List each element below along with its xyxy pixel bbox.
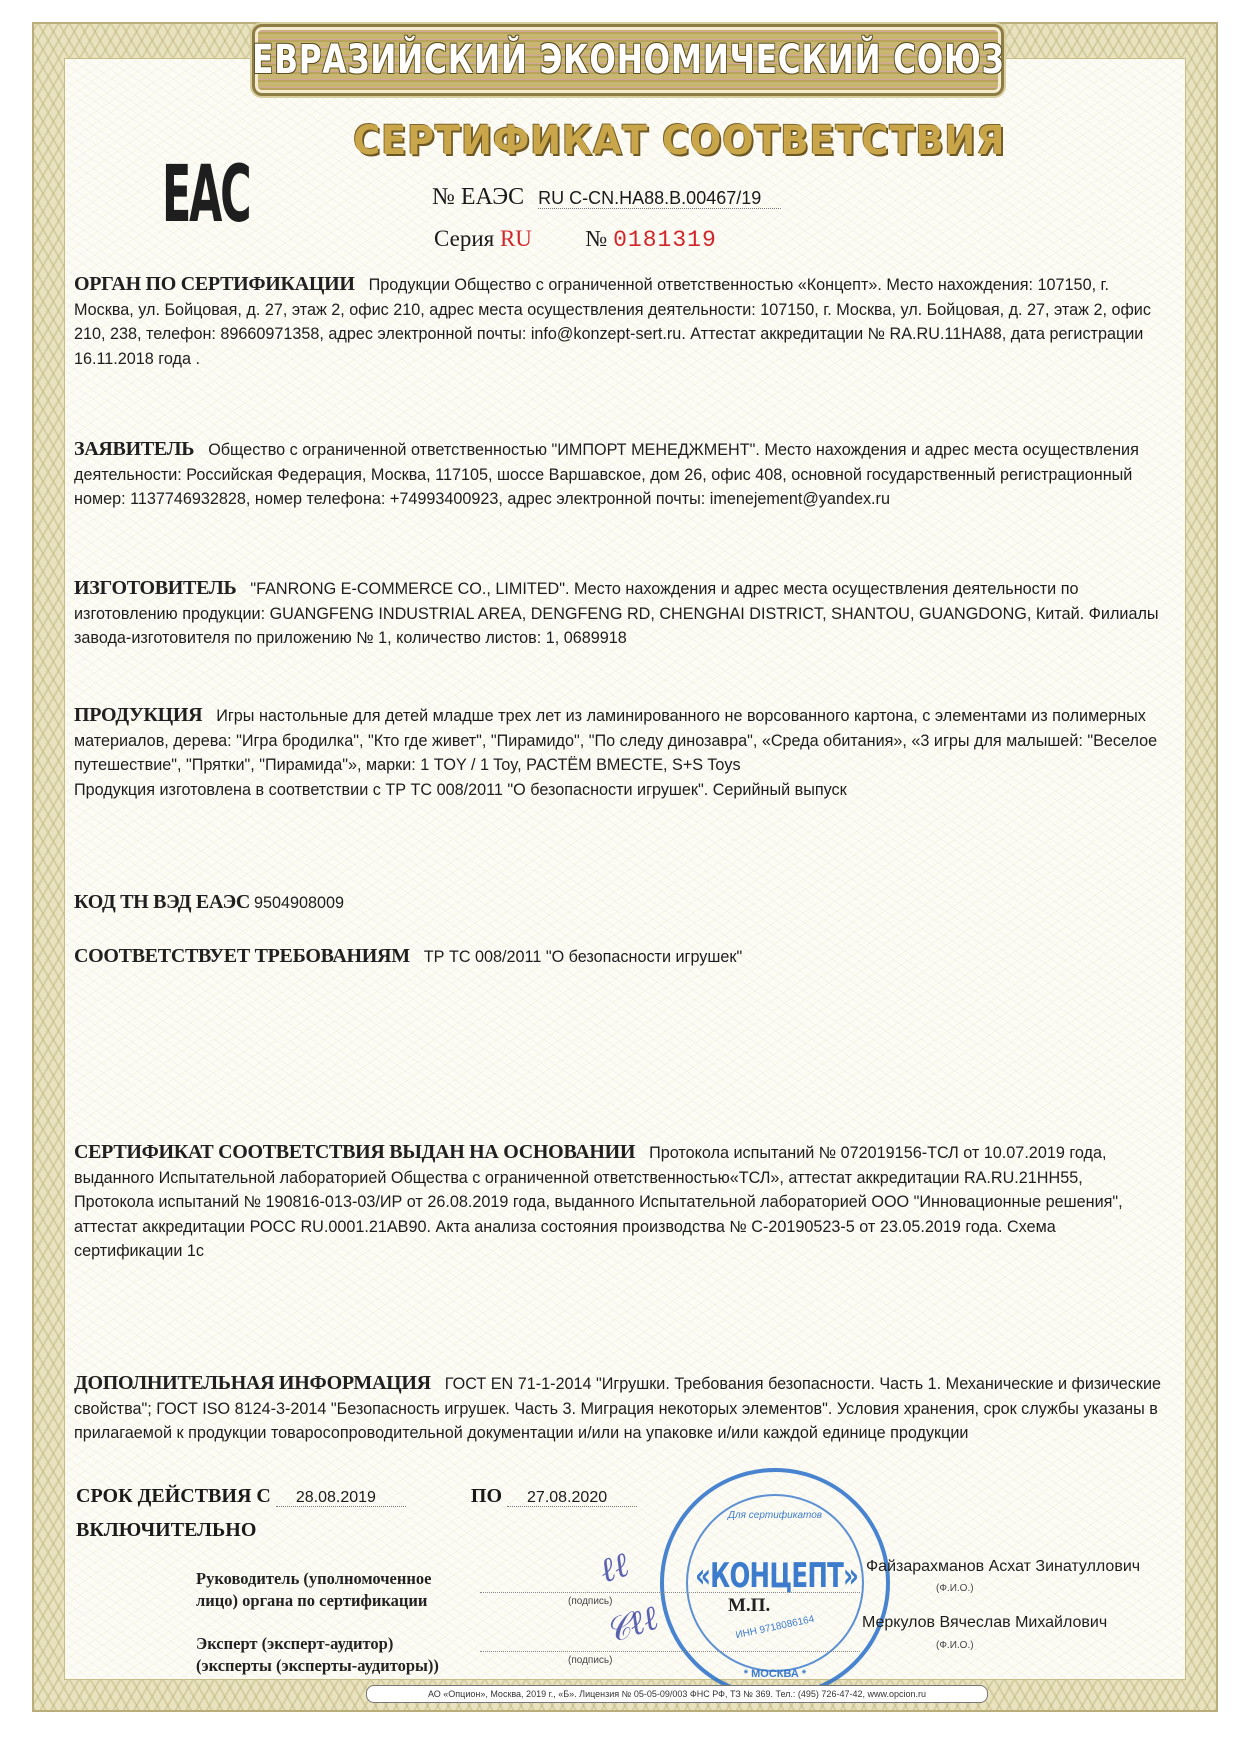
validity-from-label: СРОК ДЕЙСТВИЯ С bbox=[76, 1485, 271, 1507]
expert-signature-line bbox=[480, 1651, 860, 1652]
head-signatory-name: Файзарахманов Асхат Зинатуллович bbox=[866, 1558, 1140, 1576]
expert-fio-caption: (Ф.И.О.) bbox=[936, 1640, 974, 1651]
head-signature-caption: (подпись) bbox=[568, 1596, 612, 1607]
section-certification-body: ОРГАН ПО СЕРТИФИКАЦИИПродукции Общество … bbox=[74, 272, 1164, 371]
section-label: СЕРТИФИКАТ СООТВЕТСТВИЯ ВЫДАН НА ОСНОВАН… bbox=[74, 1141, 635, 1163]
section-basis: СЕРТИФИКАТ СООТВЕТСТВИЯ ВЫДАН НА ОСНОВАН… bbox=[74, 1140, 1164, 1264]
section-additional-info: ДОПОЛНИТЕЛЬНАЯ ИНФОРМАЦИЯГОСТ EN 71-1-20… bbox=[74, 1371, 1164, 1446]
printer-note: АО «Опцион», Москва, 2019 г., «Б». Лицен… bbox=[366, 1685, 988, 1703]
section-hs-code: КОД ТН ВЭД ЕАЭС9504908009 bbox=[74, 890, 1164, 916]
eac-logo-icon: EAC bbox=[162, 150, 249, 240]
document-title: СЕРТИФИКАТ СООТВЕТСТВИЯ bbox=[353, 118, 887, 164]
validity-to-label: ПО bbox=[471, 1485, 502, 1507]
union-banner-text: ЕВРАЗИЙСКИЙ ЭКОНОМИЧЕСКИЙ СОЮЗ bbox=[252, 37, 1004, 83]
section-text: "FANRONG E-COMMERCE CO., LIMITED". Место… bbox=[74, 580, 1159, 647]
section-text: Общество с ограниченной ответственностью… bbox=[74, 441, 1139, 508]
expert-name: Меркулов Вячеслав Михайлович bbox=[862, 1614, 1107, 1632]
seal-city: * МОСКВА * bbox=[664, 1668, 886, 1680]
official-seal: Для сертификатов «КОНЦЕПТ» ИНН 971808616… bbox=[660, 1468, 890, 1698]
section-label: ЗАЯВИТЕЛЬ bbox=[74, 438, 194, 460]
section-label: ДОПОЛНИТЕЛЬНАЯ ИНФОРМАЦИЯ bbox=[74, 1372, 431, 1394]
head-signature-line bbox=[480, 1592, 860, 1593]
section-label: ИЗГОТОВИТЕЛЬ bbox=[74, 577, 236, 599]
seal-center-text: «КОНЦЕПТ» bbox=[695, 1556, 855, 1596]
section-label: ПРОДУКЦИЯ bbox=[74, 704, 202, 726]
section-manufacturer: ИЗГОТОВИТЕЛЬ"FANRONG E-COMMERCE CO., LIM… bbox=[74, 576, 1164, 651]
series-value: RU bbox=[500, 226, 532, 251]
seal-top-text: Для сертификатов bbox=[664, 1510, 886, 1521]
certificate-number-value: RU C-CN.HA88.B.00467/19 bbox=[538, 188, 781, 209]
section-product: ПРОДУКЦИЯИгры настольные для детей младш… bbox=[74, 703, 1164, 802]
section-text: Игры настольные для детей младше трех ле… bbox=[74, 707, 1157, 774]
validity-from-date: 28.08.2019 bbox=[276, 1489, 406, 1507]
seal-mark: М.П. bbox=[728, 1595, 770, 1617]
section-applicant: ЗАЯВИТЕЛЬОбщество с ограниченной ответст… bbox=[74, 437, 1164, 512]
validity-to-date: 27.08.2020 bbox=[507, 1489, 637, 1507]
requirements-value: ТР ТС 008/2011 "О безопасности игрушек" bbox=[424, 948, 742, 966]
expert-label: Эксперт (эксперт-аудитор) (эксперты (экс… bbox=[196, 1633, 439, 1677]
blank-number-value: 0181319 bbox=[613, 227, 717, 253]
hs-code-value: 9504908009 bbox=[254, 894, 344, 912]
blank-number-label: № bbox=[585, 226, 607, 251]
section-requirements: СООТВЕТСТВУЕТ ТРЕБОВАНИЯМТР ТС 008/2011 … bbox=[74, 944, 1164, 970]
series-line: Серия RU № 0181319 bbox=[434, 226, 717, 253]
product-conformity-line: Продукция изготовлена в соответствии с Т… bbox=[74, 778, 1164, 803]
head-signatory-label: Руководитель (уполномоченное лицо) орган… bbox=[196, 1568, 431, 1612]
union-banner: ЕВРАЗИЙСКИЙ ЭКОНОМИЧЕСКИЙ СОЮЗ bbox=[252, 24, 1004, 96]
section-label: ОРГАН ПО СЕРТИФИКАЦИИ bbox=[74, 273, 355, 295]
section-label: СООТВЕТСТВУЕТ ТРЕБОВАНИЯМ bbox=[74, 945, 410, 967]
certificate-number-label: № ЕАЭС bbox=[432, 184, 524, 210]
section-label: КОД ТН ВЭД ЕАЭС bbox=[74, 891, 250, 913]
head-fio-caption: (Ф.И.О.) bbox=[936, 1583, 974, 1594]
certificate-number: № ЕАЭС RU C-CN.HA88.B.00467/19 bbox=[432, 184, 781, 211]
expert-signature-caption: (подпись) bbox=[568, 1655, 612, 1666]
series-label: Серия bbox=[434, 226, 494, 251]
